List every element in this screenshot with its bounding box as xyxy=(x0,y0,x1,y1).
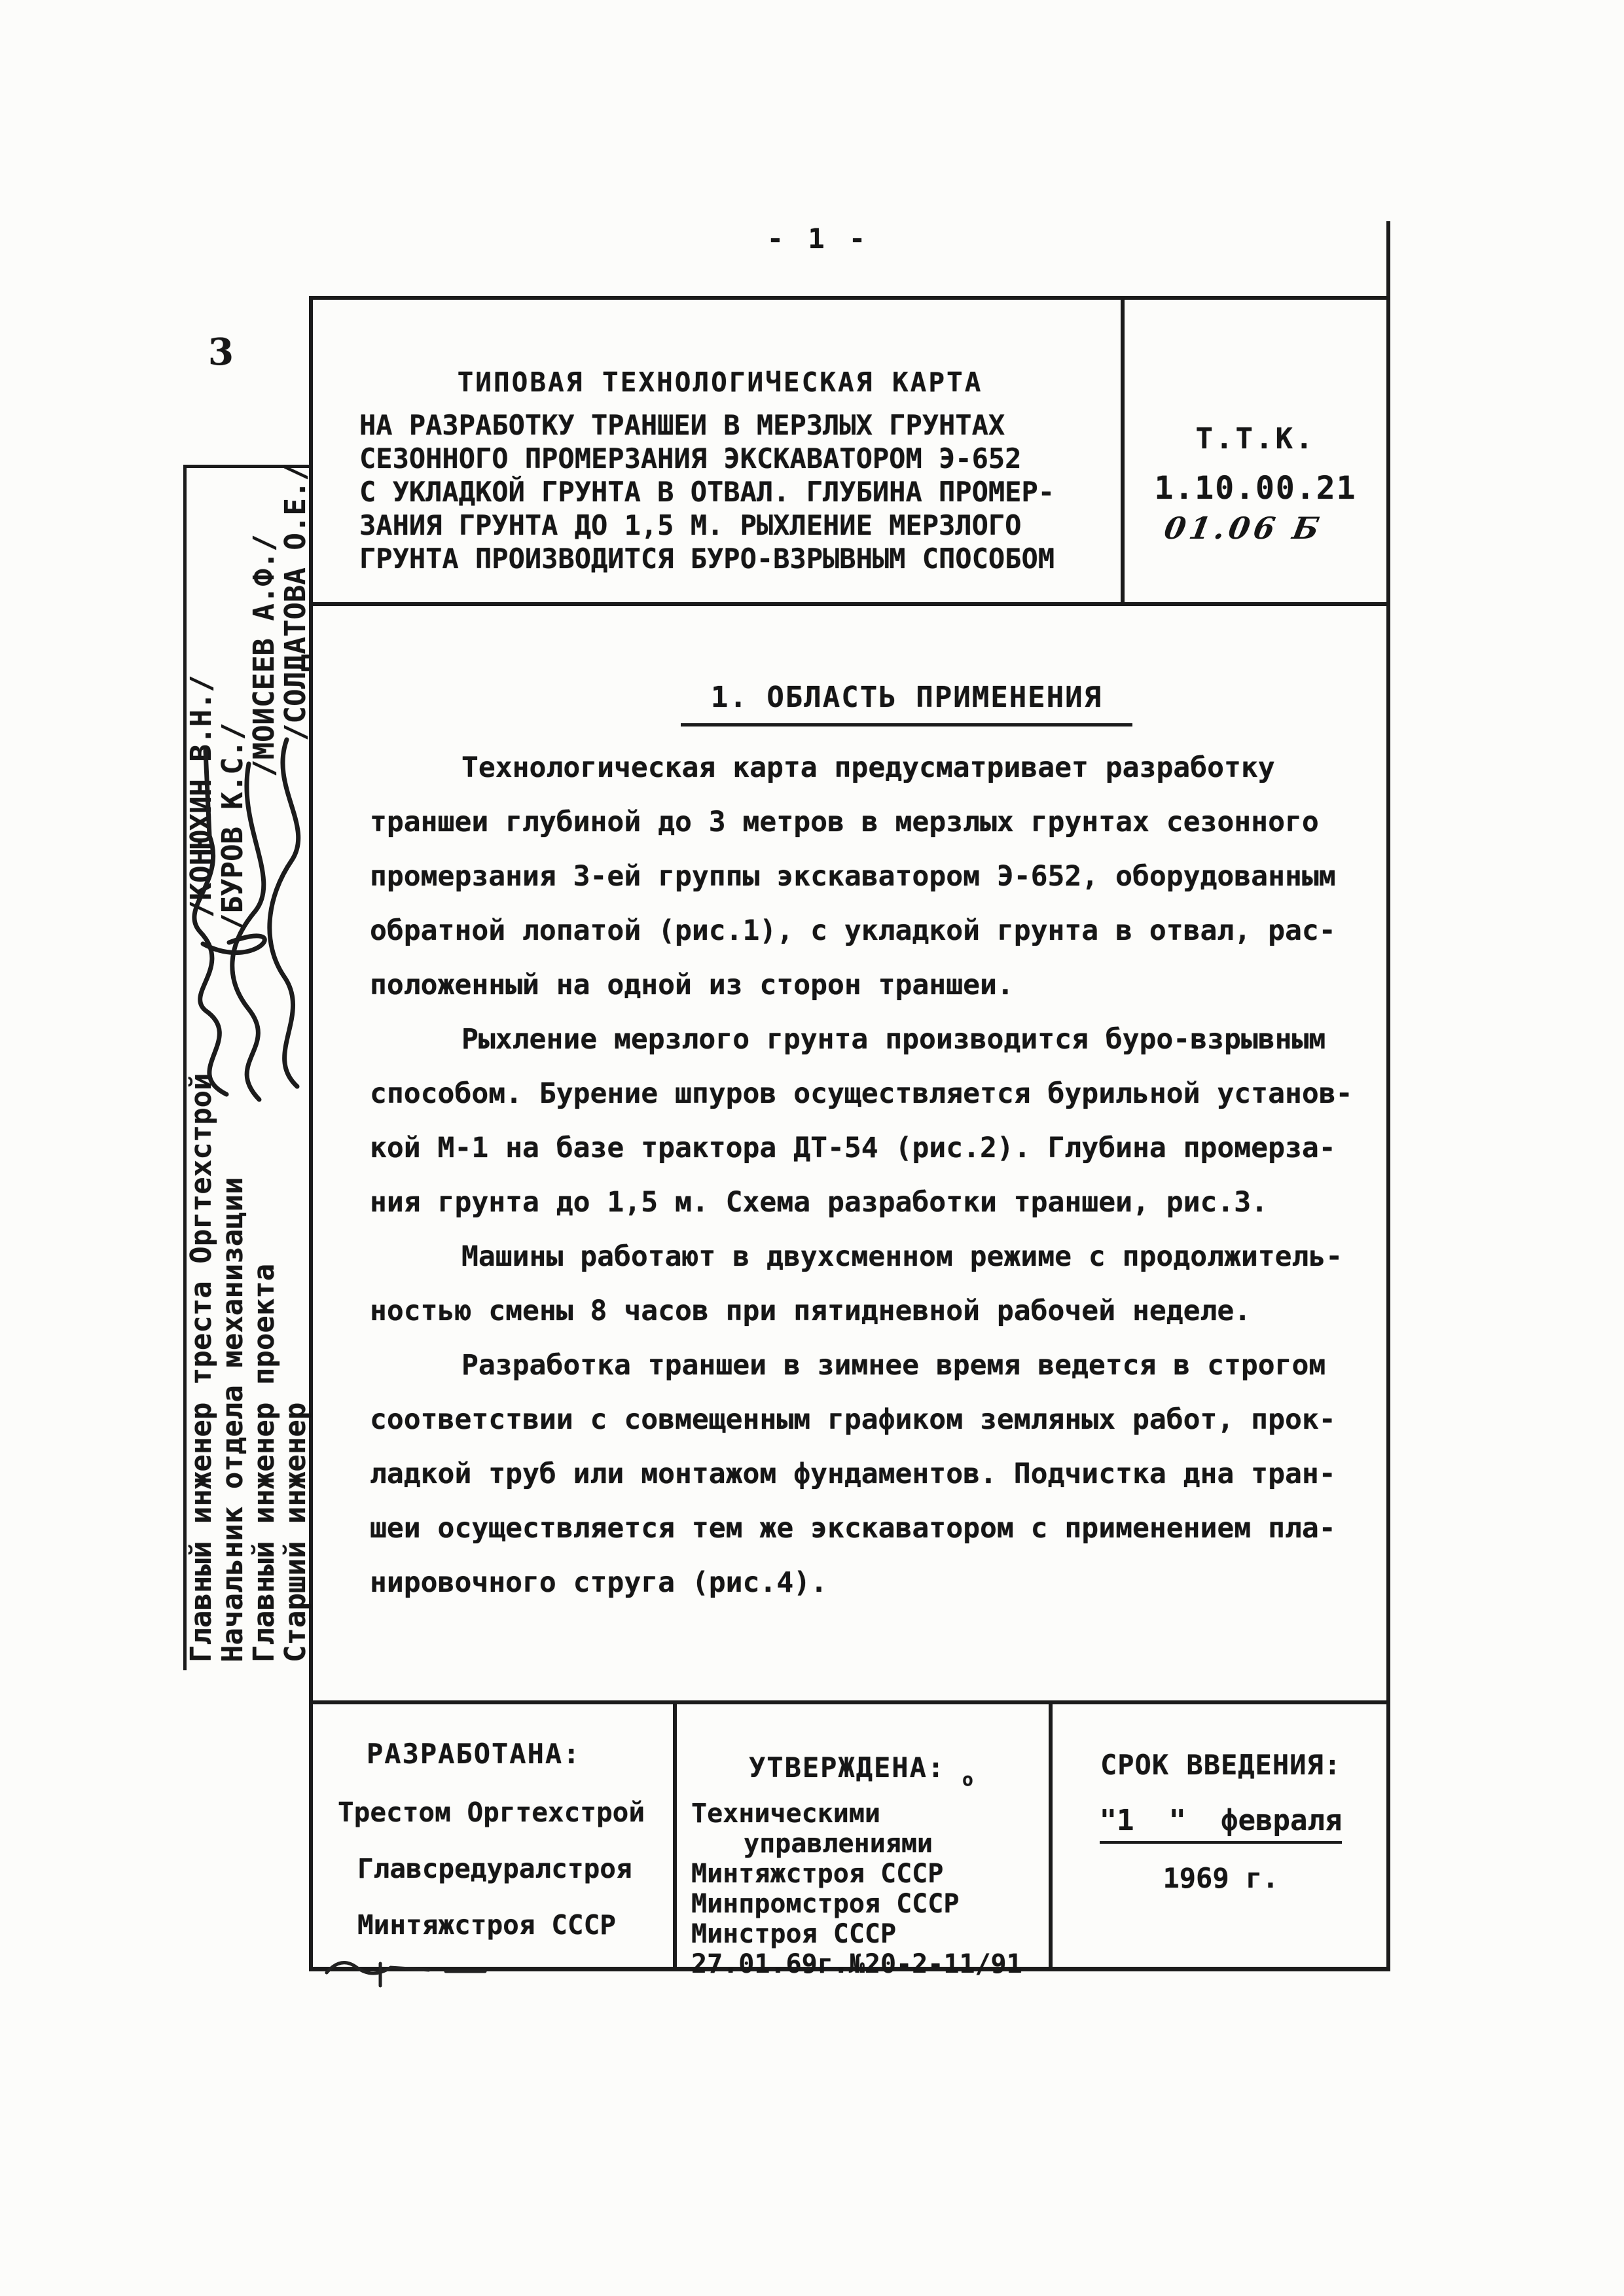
doc-code-number: 1.10.00.21 xyxy=(1125,470,1386,507)
effective-header: СРОК ВВЕДЕНИЯ: xyxy=(1054,1749,1388,1781)
signatory-name: /СОЛДАТОВА О.Е./ xyxy=(280,463,312,741)
section-heading: 1. ОБЛАСТЬ ПРИМЕНЕНИЯ xyxy=(681,681,1132,726)
footer-table-divider-2 xyxy=(1049,1700,1053,1970)
developed-line: Главсредуралстроя xyxy=(338,1840,645,1897)
doc-code-handwritten: 01.06 Б xyxy=(1110,511,1378,546)
page-number: - 1 - xyxy=(753,223,884,255)
developed-header: РАЗРАБОТАНА: xyxy=(367,1738,581,1770)
approved-line: Минпромстроя СССР xyxy=(691,1889,1022,1919)
margin-page-number: 3 xyxy=(208,331,234,374)
body-line: ладкой труб или монтажом фундаментов. По… xyxy=(370,1447,1391,1501)
developed-lines: Трестом Оргтехстрой Главсредуралстроя Ми… xyxy=(338,1784,645,1953)
body-line: кой М-1 на базе трактора ДТ-54 (рис.2). … xyxy=(370,1121,1391,1175)
document-page: - 1 - 3 ТИПОВАЯ ТЕХНОЛОГИЧЕСКАЯ КАРТА НА… xyxy=(0,0,1624,2296)
signatory-strip: Главный инженер треста Оргтехстрой /КОНЮ… xyxy=(186,466,313,1670)
stray-scribble xyxy=(317,1944,553,1990)
subtitle-line: С УКЛАДКОЙ ГРУНТА В ОТВАЛ. ГЛУБИНА ПРОМЕ… xyxy=(359,475,1055,509)
subtitle-line: СЕЗОННОГО ПРОМЕРЗАНИЯ ЭКСКАВАТОРОМ Э-652 xyxy=(359,442,1055,475)
body-line: соответствии с совмещенным графиком земл… xyxy=(370,1393,1391,1447)
document-subtitle: НА РАЗРАБОТКУ ТРАНШЕИ В МЕРЗЛЫХ ГРУНТАХ … xyxy=(359,408,1055,575)
signatory-title: Начальник отдела механизации xyxy=(216,1177,249,1662)
body-line: ния грунта до 1,5 м. Схема разработки тр… xyxy=(370,1175,1391,1230)
approved-line: Минтяжстроя СССР xyxy=(691,1859,1022,1889)
body-line: обратной лопатой (рис.1), с укладкой гру… xyxy=(370,904,1391,958)
frame-corner-tick xyxy=(1386,221,1390,298)
body-line: положенный на одной из сторон траншеи. xyxy=(370,958,1391,1013)
body-line: Рыхление мерзлого грунта производится бу… xyxy=(370,1013,1391,1067)
title-block-bottom-border xyxy=(309,602,1390,606)
subtitle-line: НА РАЗРАБОТКУ ТРАНШЕИ В МЕРЗЛЫХ ГРУНТАХ xyxy=(359,408,1055,442)
footer-table-top-border xyxy=(309,1700,1390,1704)
body-line: промерзания 3-ей группы экскаватором Э-6… xyxy=(370,850,1391,904)
body-line: нировочного струга (рис.4). xyxy=(370,1556,1391,1610)
body-line: Разработка траншеи в зимнее время ведетс… xyxy=(370,1338,1391,1393)
handwritten-signatures xyxy=(186,715,313,1107)
effective-year: 1969 г. xyxy=(1054,1862,1388,1894)
body-line: траншеи глубиной до 3 метров в мерзлых г… xyxy=(370,795,1391,850)
body-line: ностью смены 8 часов при пятидневной раб… xyxy=(370,1284,1391,1338)
body-paragraphs: Технологическая карта предусматривает ра… xyxy=(370,741,1391,1610)
approved-line: Минстроя СССР xyxy=(691,1919,1022,1949)
signatory-title: Главный инженер проекта xyxy=(247,1264,281,1662)
effective-date: "1 " февраля xyxy=(1054,1804,1388,1837)
approved-lines: Техническими управлениями Минтяжстроя СС… xyxy=(691,1799,1022,1979)
approved-line: Техническими xyxy=(691,1799,1022,1829)
footer-table-divider-1 xyxy=(673,1700,677,1970)
body-line: способом. Бурение шпуров осуществляется … xyxy=(370,1067,1391,1121)
body-line: шеи осуществляется тем же экскаватором с… xyxy=(370,1501,1391,1556)
subtitle-line: ЗАНИЯ ГРУНТА ДО 1,5 М. РЫХЛЕНИЕ МЕРЗЛОГО xyxy=(359,509,1055,542)
approved-stray-mark: о xyxy=(962,1768,973,1790)
signatory-title: Старший инженер xyxy=(279,1403,312,1662)
body-line: Машины работают в двухсменном режиме с п… xyxy=(370,1230,1391,1284)
doc-code-label: Т.Т.К. xyxy=(1125,422,1386,456)
subtitle-line: ГРУНТА ПРОИЗВОДИТСЯ БУРО-ВЗРЫВНЫМ СПОСОБ… xyxy=(359,542,1055,575)
document-title: ТИПОВАЯ ТЕХНОЛОГИЧЕСКАЯ КАРТА xyxy=(317,367,1123,398)
approved-line: 27.01.69г.№20-2-11/91 xyxy=(691,1949,1022,1979)
signatory-title: Главный инженер треста Оргтехстрой xyxy=(185,1073,218,1662)
frame-top-border xyxy=(309,296,1390,300)
body-line: Технологическая карта предусматривает ра… xyxy=(370,741,1391,795)
signatory-strip-rotated: Главный инженер треста Оргтехстрой /КОНЮ… xyxy=(186,466,313,1670)
approved-header: УТВЕРЖДЕНА: xyxy=(749,1751,945,1784)
developed-line: Трестом Оргтехстрой xyxy=(338,1784,645,1840)
approved-line: управлениями xyxy=(691,1829,1022,1859)
effective-date-underlined: "1 " февраля xyxy=(1100,1804,1343,1844)
